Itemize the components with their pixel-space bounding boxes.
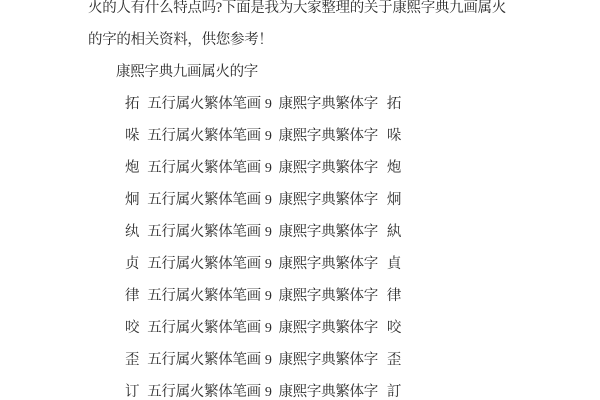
stroke-count: 9 [265,321,272,336]
stroke-count: 9 [265,353,272,368]
dict-row: 炯五行属火繁体笔画9康熙字典繁体字炯 [0,184,600,216]
kangxi-label: 康熙字典繁体字 [279,384,378,400]
wuxing-label: 五行属火繁体笔画 [147,352,261,368]
stroke-count: 9 [265,225,272,240]
dict-row: 拓五行属火繁体笔画9康熙字典繁体字拓 [0,88,600,120]
document-page: 火的人有什么特点吗?下面是我为大家整理的关于康熙字典九画属火 的字的相关资料，供… [0,0,600,400]
dict-row: 订五行属火繁体笔画9康熙字典繁体字訂 [0,376,600,400]
dict-row: 哚五行属火繁体笔画9康熙字典繁体字哚 [0,120,600,152]
dict-row: 贞五行属火繁体笔画9康熙字典繁体字貞 [0,248,600,280]
wuxing-label: 五行属火繁体笔画 [147,96,261,112]
traditional-char: 訂 [387,384,401,400]
simplified-char: 贞 [125,256,139,272]
wuxing-label: 五行属火繁体笔画 [147,320,261,336]
simplified-char: 咬 [125,320,139,336]
wuxing-label: 五行属火繁体笔画 [147,160,261,176]
stroke-count: 9 [265,385,272,400]
traditional-char: 歪 [387,352,401,368]
dict-row: 歪五行属火繁体笔画9康熙字典繁体字歪 [0,344,600,376]
stroke-count: 9 [265,257,272,272]
wuxing-label: 五行属火繁体笔画 [147,224,261,240]
traditional-char: 拓 [387,96,401,112]
kangxi-label: 康熙字典繁体字 [279,128,378,144]
wuxing-label: 五行属火繁体笔画 [147,256,261,272]
traditional-char: 咬 [387,320,401,336]
simplified-char: 订 [125,384,139,400]
simplified-char: 歪 [125,352,139,368]
dict-row: 咬五行属火繁体笔画9康熙字典繁体字咬 [0,312,600,344]
stroke-count: 9 [265,161,272,176]
traditional-char: 貞 [387,256,401,272]
dict-row: 纨五行属火繁体笔画9康熙字典繁体字紈 [0,216,600,248]
intro-paragraph-line-2: 的字的相关资料，供您参考！ [0,24,600,56]
simplified-char: 拓 [125,96,139,112]
kangxi-label: 康熙字典繁体字 [279,224,378,240]
kangxi-label: 康熙字典繁体字 [279,352,378,368]
kangxi-label: 康熙字典繁体字 [279,160,378,176]
kangxi-label: 康熙字典繁体字 [279,288,378,304]
stroke-count: 9 [265,129,272,144]
wuxing-label: 五行属火繁体笔画 [147,192,261,208]
wuxing-label: 五行属火繁体笔画 [147,128,261,144]
kangxi-label: 康熙字典繁体字 [279,96,378,112]
traditional-char: 哚 [387,128,401,144]
wuxing-label: 五行属火繁体笔画 [147,384,261,400]
simplified-char: 律 [125,288,139,304]
stroke-count: 9 [265,97,272,112]
traditional-char: 炯 [387,192,401,208]
kangxi-label: 康熙字典繁体字 [279,256,378,272]
dict-row: 律五行属火繁体笔画9康熙字典繁体字律 [0,280,600,312]
wuxing-label: 五行属火繁体笔画 [147,288,261,304]
traditional-char: 炮 [387,160,401,176]
intro-paragraph-line-1: 火的人有什么特点吗?下面是我为大家整理的关于康熙字典九画属火 [0,0,600,24]
kangxi-label: 康熙字典繁体字 [279,320,378,336]
simplified-char: 炮 [125,160,139,176]
document-content: 火的人有什么特点吗?下面是我为大家整理的关于康熙字典九画属火 的字的相关资料，供… [0,0,600,400]
kangxi-label: 康熙字典繁体字 [279,192,378,208]
dict-row: 炮五行属火繁体笔画9康熙字典繁体字炮 [0,152,600,184]
simplified-char: 哚 [125,128,139,144]
simplified-char: 纨 [125,224,139,240]
stroke-count: 9 [265,193,272,208]
traditional-char: 紈 [387,224,401,240]
stroke-count: 9 [265,289,272,304]
section-title: 康熙字典九画属火的字 [0,56,600,88]
simplified-char: 炯 [125,192,139,208]
traditional-char: 律 [387,288,401,304]
